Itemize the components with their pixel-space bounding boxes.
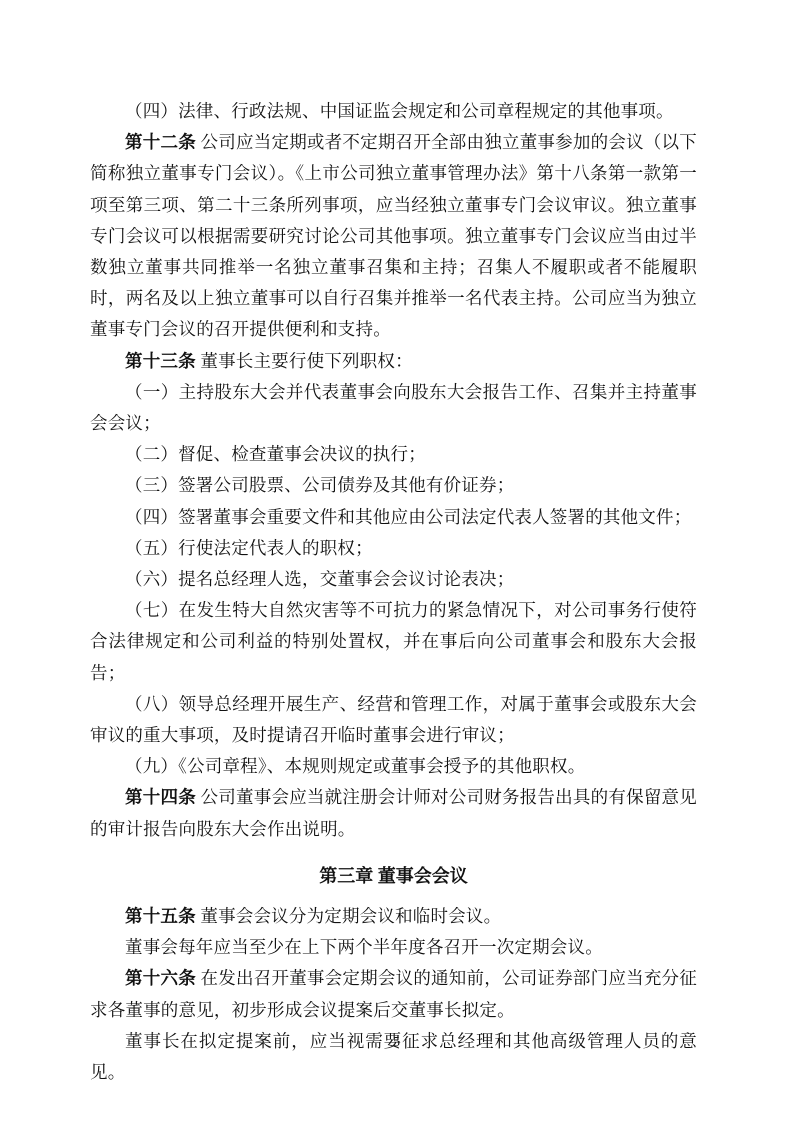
paragraph: （六）提名总经理人选，交董事会会议讨论表决； <box>90 564 697 595</box>
paragraph: 第十四条 公司董事会应当就注册会计师对公司财务报告出具的有保留意见的审计报告向股… <box>90 782 697 844</box>
article-number: 第十二条 <box>125 132 196 152</box>
paragraph: （三）签署公司股票、公司债券及其他有价证券； <box>90 470 697 501</box>
article-number: 第十五条 <box>125 906 196 926</box>
paragraph: （二）督促、检查董事会决议的执行； <box>90 439 697 470</box>
paragraph: 第十二条 公司应当定期或者不定期召开全部由独立董事参加的会议（以下简称独立董事专… <box>90 127 697 345</box>
paragraph: （七）在发生特大自然灾害等不可抗力的紧急情况下，对公司事务行使符合法律规定和公司… <box>90 595 697 689</box>
article-number: 第十三条 <box>125 351 196 371</box>
document-body: （四）法律、行政法规、中国证监会规定和公司章程规定的其他事项。第十二条 公司应当… <box>90 96 697 1088</box>
paragraph: （四）签署董事会重要文件和其他应由公司法定代表人签署的其他文件； <box>90 502 697 533</box>
article-number: 第十六条 <box>125 968 196 988</box>
page-number: 5 <box>0 1033 793 1053</box>
paragraph: 第十五条 董事会会议分为定期会议和临时会议。 <box>90 901 697 932</box>
paragraph: （一）主持股东大会并代表董事会向股东大会报告工作、召集并主持董事会会议； <box>90 377 697 439</box>
document-page: （四）法律、行政法规、中国证监会规定和公司章程规定的其他事项。第十二条 公司应当… <box>0 0 793 1122</box>
paragraph: （五）行使法定代表人的职权； <box>90 533 697 564</box>
paragraph: 董事会每年应当至少在上下两个半年度各召开一次定期会议。 <box>90 932 697 963</box>
paragraph: 第十三条 董事长主要行使下列职权： <box>90 346 697 377</box>
paragraph: （四）法律、行政法规、中国证监会规定和公司章程规定的其他事项。 <box>90 96 697 127</box>
paragraph: （八）领导总经理开展生产、经营和管理工作，对属于董事会或股东大会审议的重大事项，… <box>90 689 697 751</box>
article-number: 第十四条 <box>125 787 196 807</box>
paragraph: （九）《公司章程》、本规则规定或董事会授予的其他职权。 <box>90 751 697 782</box>
chapter-heading: 第三章 董事会会议 <box>90 861 697 892</box>
paragraph: 第十六条 在发出召开董事会定期会议的通知前，公司证券部门应当充分征求各董事的意见… <box>90 963 697 1025</box>
